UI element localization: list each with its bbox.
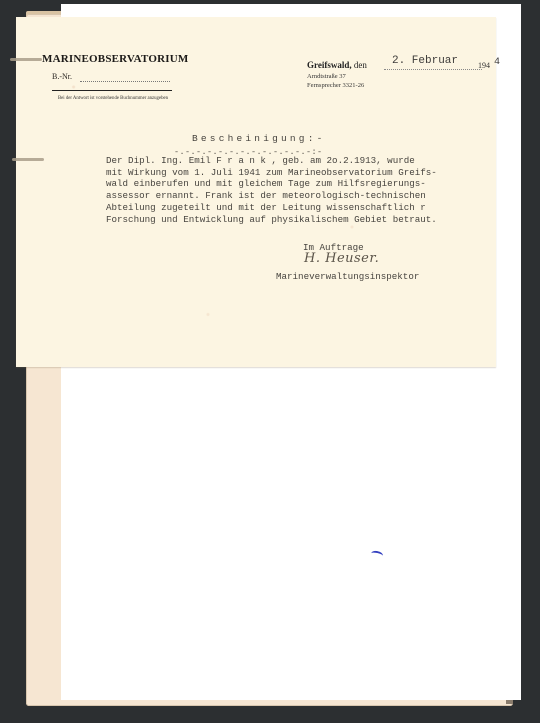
- body-line: Forschung und Entwicklung auf physikalis…: [106, 214, 506, 226]
- body-line: Abteilung zugeteilt und mit der Leitung …: [106, 202, 506, 214]
- pen-mark-icon: [370, 550, 383, 559]
- document-title: Bescheinigung:-: [192, 133, 326, 144]
- city-suffix: den: [354, 60, 367, 70]
- year-typed: 4: [494, 57, 500, 68]
- body-line: wald einberufen und mit gleichem Tage zu…: [106, 178, 506, 190]
- certificate-letter: MARINEOBSERVATORIUM B.-Nr. Bei der Antwo…: [16, 17, 496, 367]
- reply-notice: Bei der Antwort ist vorstehende Buchnumm…: [46, 95, 180, 102]
- certificate-body: Der Dipl. Ing. Emil F r a n k , geb. am …: [106, 155, 506, 225]
- city-line: Greifswald, den: [307, 60, 367, 70]
- reference-field-line: [80, 81, 170, 82]
- body-line: mit Wirkung vom 1. Juli 1941 zum Marineo…: [106, 167, 506, 179]
- handwritten-signature: H. Heuser.: [304, 251, 379, 266]
- date-field-line: [384, 69, 482, 70]
- year-prefix: 194: [478, 61, 490, 70]
- letterhead-rule: [52, 90, 172, 91]
- binding-string: [10, 58, 42, 61]
- binding-string: [12, 158, 44, 161]
- body-line: Der Dipl. Ing. Emil F r a n k , geb. am …: [106, 155, 506, 167]
- date-typed: 2. Februar: [392, 55, 458, 67]
- city-name: Greifswald,: [307, 60, 352, 70]
- signatory-title: Marineverwaltungsinspektor: [276, 271, 419, 282]
- address: Arndtstraße 37: [307, 73, 346, 80]
- body-line: assessor ernannt. Frank ist der meteorol…: [106, 190, 506, 202]
- reference-label: B.-Nr.: [52, 72, 72, 81]
- phone-number: Fernsprecher 3321-26: [307, 82, 364, 89]
- organization-name: MARINEOBSERVATORIUM: [42, 53, 188, 65]
